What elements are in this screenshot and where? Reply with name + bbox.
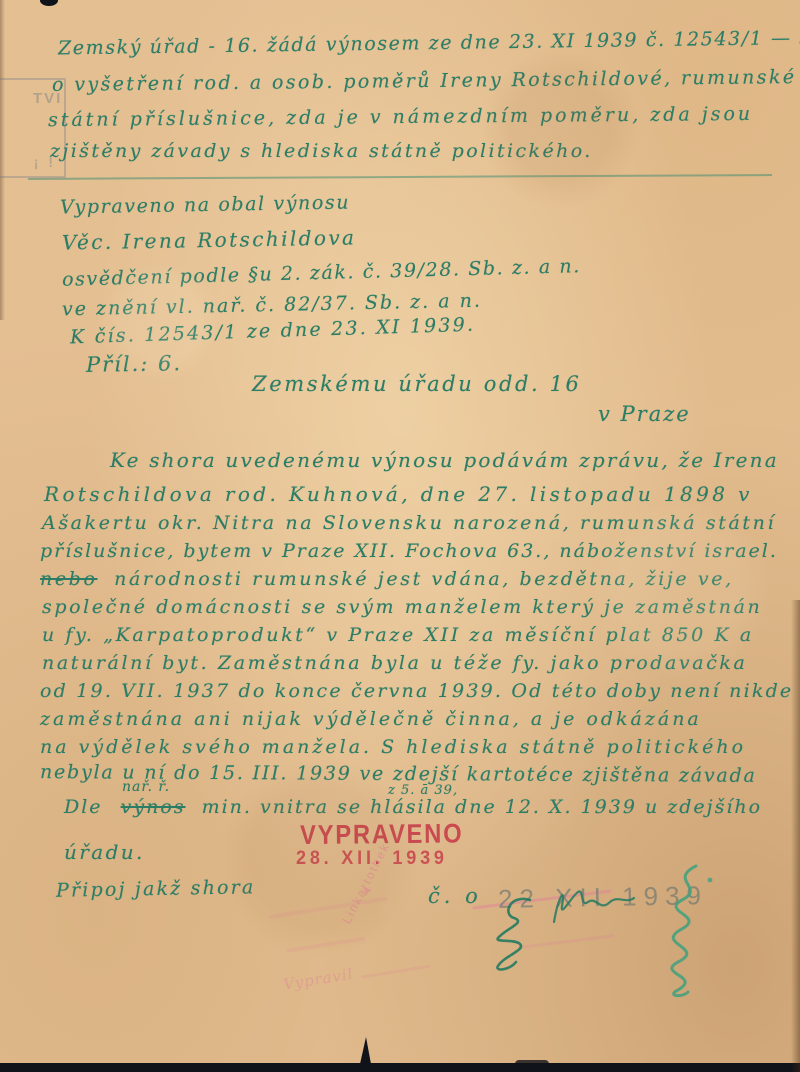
addressee-line: Zemskému úřadu odd. 16	[252, 372, 582, 396]
signature-annotation	[548, 878, 638, 928]
body-line-1: Ke shora uvedenému výnosu podávám zprávu…	[110, 448, 779, 472]
struck-word-nebo: nebo	[40, 568, 97, 590]
addressee-city: v Praze	[598, 402, 691, 426]
header-note-line-3: státní příslušnice, zda je v námezdním p…	[48, 103, 753, 131]
hole-punch-mark	[40, 0, 58, 6]
body-line-11: na výdělek svého manžela. S hlediska stá…	[40, 736, 746, 758]
body-line-4: příslušnice, bytem v Praze XII. Fochova …	[40, 540, 778, 562]
pink-stamp-vypravil-label: Vypravil	[282, 965, 354, 994]
scanned-document-page: IVT ¡ ! Zemský úřad - 16. žádá výnosem z…	[0, 0, 800, 1072]
line13-post: min. vnitra se hlásila dne 12. X. 1939 u…	[202, 796, 763, 818]
body-line-8: naturální byt. Zaměstnána byla u téže fy…	[42, 652, 747, 674]
dispatch-line-2: Věc. Irena Rotschildova	[62, 225, 357, 254]
dispatch-line-1: Vypraveno na obal výnosu	[60, 191, 350, 218]
body-line-13: Dle výnos min. vnitra se hlásila dne 12.…	[64, 796, 762, 818]
body-closing-line: úřadu.	[64, 840, 145, 864]
handwritten-stamp-prefix: č. o	[428, 884, 482, 908]
body-line-7: u fy. „Karpatoprodukt“ v Praze XII za mě…	[42, 624, 754, 646]
body-line-6: společné domácnosti se svým manželem kte…	[42, 596, 762, 618]
body-line-9: od 19. VII. 1937 do konce června 1939. O…	[40, 680, 793, 702]
signature-official	[648, 862, 718, 1002]
body-line-10: zaměstnána ani nijak výdělečně činna, a …	[40, 708, 702, 730]
bottom-scan-edge	[0, 1063, 800, 1072]
header-note-line-1: Zemský úřad - 16. žádá výnosem ze dne 23…	[58, 27, 800, 60]
pink-stamp-rule-3	[361, 965, 431, 979]
postscript-line: Připoj jakž shora	[56, 876, 256, 901]
separator-line	[28, 174, 772, 180]
right-edge-shadow	[791, 600, 800, 1072]
line13-pre: Dle	[64, 796, 103, 818]
header-note-line-2: o vyšetření rod. a osob. poměrů Ireny Ro…	[52, 66, 797, 96]
body-line-5: nebo národnosti rumunské jest vdána, bez…	[40, 568, 734, 590]
paper-tear	[360, 1037, 371, 1064]
struck-word-vynos: výnos	[121, 796, 186, 818]
body-line-2: Rotschildova rod. Kuhnová, dne 27. listo…	[44, 482, 753, 506]
signature-clerk	[480, 892, 550, 977]
dispatch-line-3: osvědčení podle §u 2. zák. č. 39/28. Sb.…	[62, 255, 581, 291]
header-note-line-4: zjištěny závady s hlediska státně politi…	[50, 140, 593, 162]
body-line-3: Ašakertu okr. Nitra na Slovensku narozen…	[42, 512, 776, 534]
bottom-edge-bump	[515, 1060, 549, 1065]
body-line-5-text: národnosti rumunské jest vdána, bezdětna…	[114, 568, 734, 590]
interline-insert-narr: nař. ř.	[122, 779, 170, 795]
dispatch-line-6: Příl.: 6.	[86, 351, 182, 377]
pink-stamp-rule-1	[269, 896, 388, 919]
pink-stamp-rule-2	[286, 936, 366, 952]
